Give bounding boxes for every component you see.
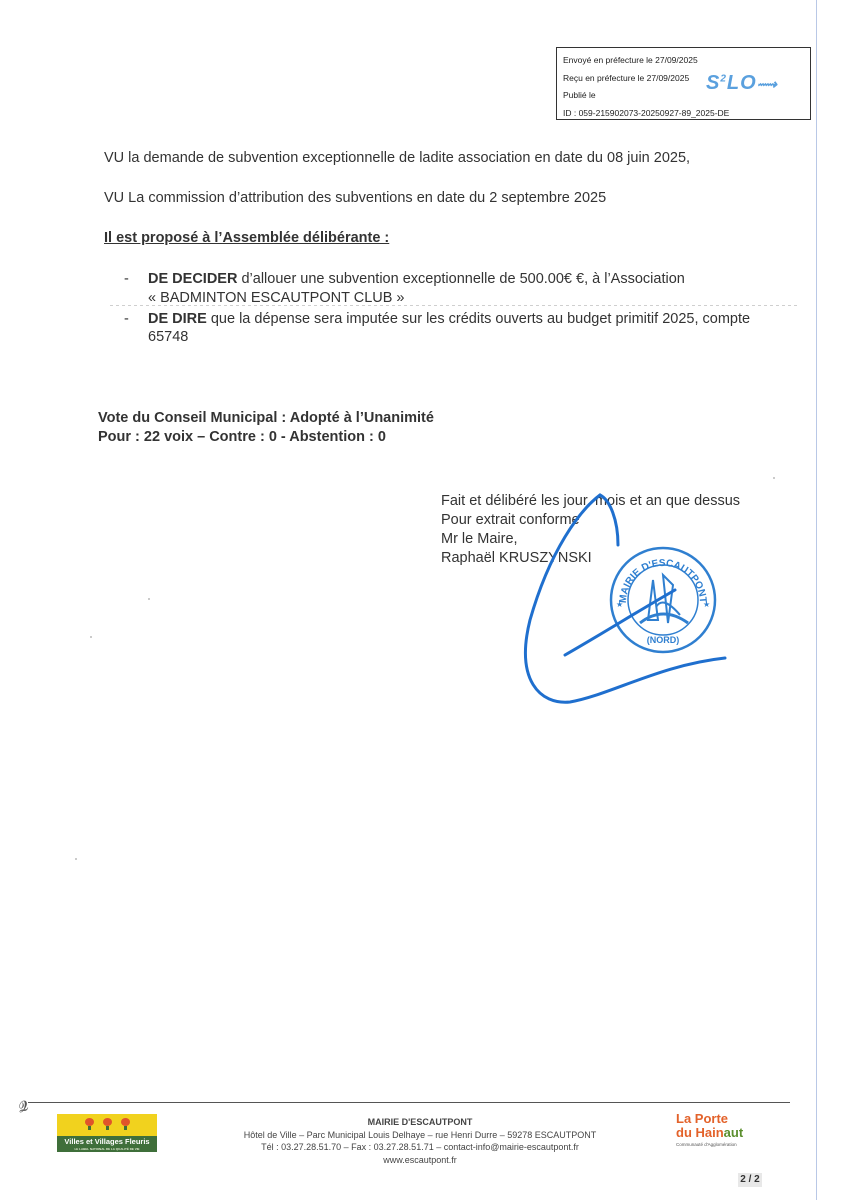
vote-count: Pour : 22 voix – Contre : 0 - Abstention… <box>98 429 386 445</box>
page-number: 2 / 2 <box>738 1173 762 1187</box>
page-edge <box>816 0 817 1200</box>
pdh-logo-line2b: aut <box>724 1125 744 1140</box>
la-porte-du-hainaut-logo: La Porte du Hainaut Communauté d'Agglomé… <box>676 1112 776 1147</box>
mayor-signature <box>510 490 740 720</box>
footer-rule <box>28 1102 790 1103</box>
paperclip-mark-icon: 𝓠 <box>15 1097 30 1116</box>
decision-1: DE DECIDER d’allouer une subvention exce… <box>148 271 685 287</box>
decision-1-bullet: - <box>124 271 129 287</box>
footer-contact: Tél : 03.27.28.51.70 – Fax : 03.27.28.51… <box>200 1141 640 1154</box>
footer-address: Hôtel de Ville – Parc Municipal Louis De… <box>200 1129 640 1142</box>
scan-speck <box>773 477 775 479</box>
decision-1-text: d’allouer une subvention exceptionnelle … <box>237 271 684 287</box>
consideration-1: VU la demande de subvention exceptionnel… <box>104 150 690 166</box>
flower-icon <box>121 1118 130 1126</box>
scan-speck <box>90 636 92 638</box>
decision-1-continuation: « BADMINTON ESCAUTPONT CLUB » <box>148 290 405 306</box>
decision-2-lead: DE DIRE <box>148 311 207 327</box>
vote-result: Vote du Conseil Municipal : Adopté à l’U… <box>98 410 434 426</box>
proposal-heading: Il est proposé à l’Assemblée délibérante… <box>104 230 389 246</box>
decision-2: DE DIRE que la dépense sera imputée sur … <box>148 311 750 327</box>
scan-artifact-line <box>110 305 800 306</box>
footer-website: www.escautpont.fr <box>200 1154 640 1167</box>
decision-1-lead: DE DECIDER <box>148 271 237 287</box>
decision-2-continuation: 65748 <box>148 329 188 345</box>
pdh-logo-subtitle: Communauté d'Agglomération <box>676 1142 776 1147</box>
scan-speck <box>75 858 77 860</box>
vvf-logo-subtitle: LE LABEL NATIONAL DE LA QUALITÉ DE VIE <box>57 1147 157 1151</box>
flower-icon <box>103 1118 112 1126</box>
vvf-logo-title: Villes et Villages Fleuris <box>57 1136 157 1147</box>
s2low-logo: S2LO⟿ <box>706 72 778 95</box>
decision-2-bullet: - <box>124 311 129 327</box>
footer-title: MAIRIE D'ESCAUTPONT <box>200 1116 640 1129</box>
footer-address-block: MAIRIE D'ESCAUTPONT Hôtel de Ville – Par… <box>200 1116 640 1166</box>
pdh-logo-line2a: du Hain <box>676 1125 724 1140</box>
stamp-sent: Envoyé en préfecture le 27/09/2025 <box>563 52 804 70</box>
consideration-2: VU La commission d’attribution des subve… <box>104 190 606 206</box>
scan-speck <box>148 598 150 600</box>
pdh-logo-line1: La Porte <box>676 1112 776 1126</box>
decision-2-text: que la dépense sera imputée sur les créd… <box>207 311 750 327</box>
stamp-id: ID : 059-215902073-20250927-89_2025-DE <box>563 105 804 123</box>
flower-icon <box>85 1118 94 1126</box>
villes-villages-fleuris-logo: Villes et Villages Fleuris LE LABEL NATI… <box>57 1114 157 1152</box>
